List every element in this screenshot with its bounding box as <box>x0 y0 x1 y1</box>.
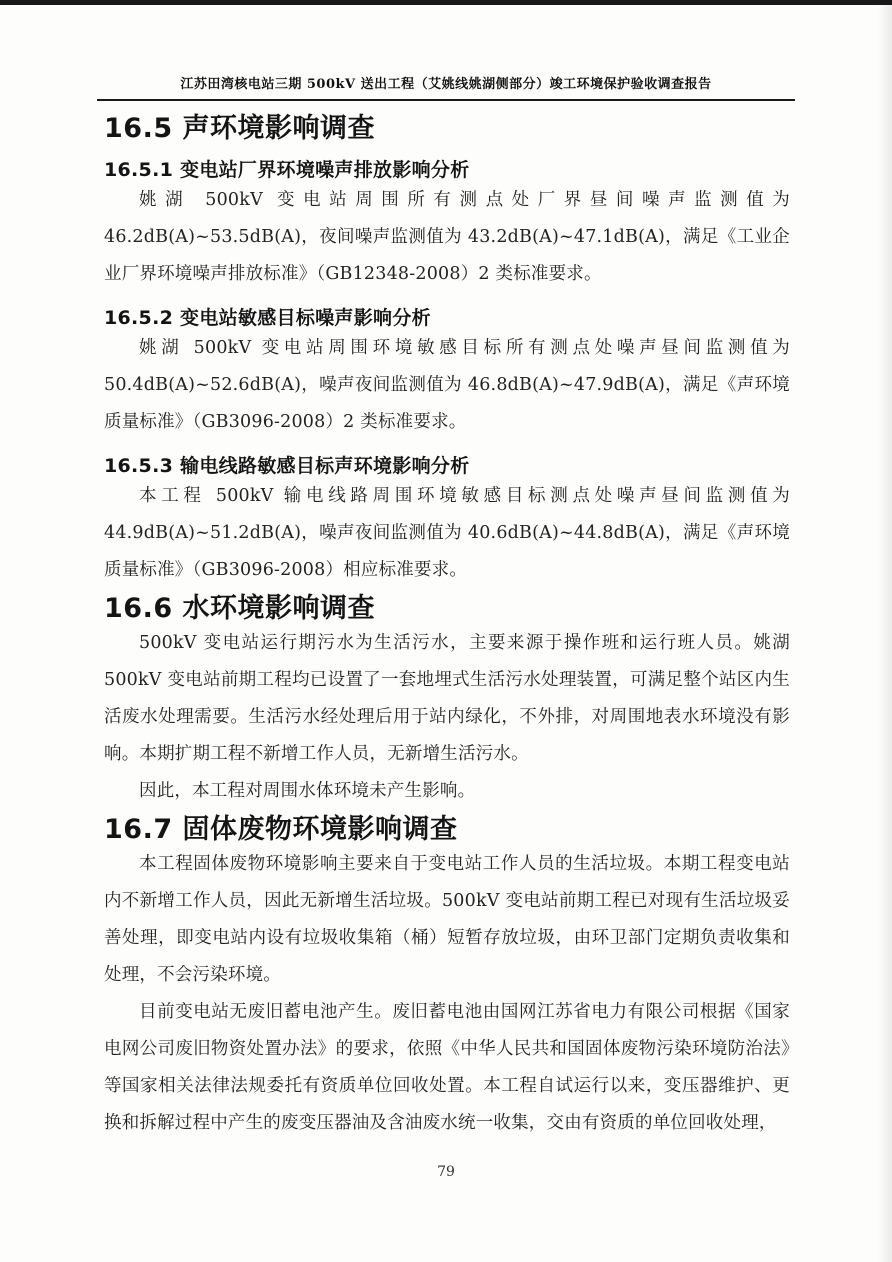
page-right-edge-shade <box>878 0 892 1262</box>
subsection-16-5-2-title: 16.5.2 变电站敏感目标噪声影响分析 <box>104 307 790 330</box>
subsection-16-5-1-title: 16.5.1 变电站厂界环境噪声排放影响分析 <box>104 159 790 182</box>
page-content: 16.5 声环境影响调查 16.5.1 变电站厂界环境噪声排放影响分析 姚湖 5… <box>104 113 790 1142</box>
page-number: 79 <box>0 1164 892 1180</box>
subsection-16-5-1-paragraph: 姚湖 500kV 变电站周围所有测点处厂界昼间噪声监测值为 46.2dB(A)~… <box>104 182 790 293</box>
page-top-edge-bar <box>0 0 892 5</box>
subsection-16-5-2-paragraph: 姚湖 500kV 变电站周围环境敏感目标所有测点处噪声昼间监测值为 50.4dB… <box>104 330 790 441</box>
section-16-6-title: 16.6 水环境影响调查 <box>104 593 790 625</box>
subsection-16-5-3-title: 16.5.3 输电线路敏感目标声环境影响分析 <box>104 455 790 478</box>
document-page: 江苏田湾核电站三期 500kV 送出工程（艾姚线姚湖侧部分）竣工环境保护验收调查… <box>0 0 892 1262</box>
section-16-7-title: 16.7 固体废物环境影响调查 <box>104 814 790 846</box>
section-16-7-paragraph-2: 目前变电站无废旧蓄电池产生。废旧蓄电池由国网江苏省电力有限公司根据《国家电网公司… <box>104 994 790 1142</box>
section-16-6-paragraph-2: 因此，本工程对周围水体环境未产生影响。 <box>104 773 790 810</box>
header-rule <box>97 99 795 101</box>
section-16-6-paragraph-1: 500kV 变电站运行期污水为生活污水，主要来源于操作班和运行班人员。姚湖 50… <box>104 625 790 773</box>
subsection-16-5-3-paragraph: 本工程 500kV 输电线路周围环境敏感目标测点处噪声昼间监测值为 44.9dB… <box>104 478 790 589</box>
section-16-7-paragraph-1: 本工程固体废物环境影响主要来自于变电站工作人员的生活垃圾。本期工程变电站内不新增… <box>104 846 790 994</box>
section-16-5-title: 16.5 声环境影响调查 <box>104 113 790 145</box>
running-header: 江苏田湾核电站三期 500kV 送出工程（艾姚线姚湖侧部分）竣工环境保护验收调查… <box>0 0 892 92</box>
